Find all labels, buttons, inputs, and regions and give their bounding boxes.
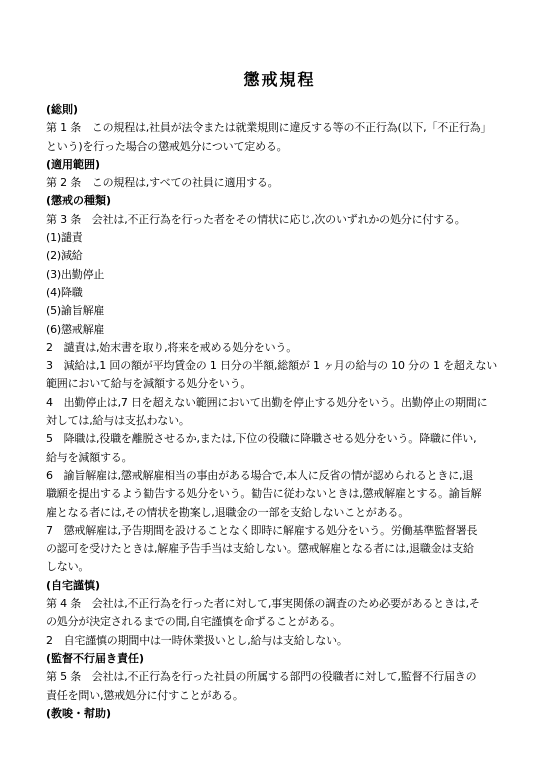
document-line: 6 諭旨解雇は,懲戒解雇相当の事由がある場合で,本人に反省の情が認められるときに… [46, 467, 519, 485]
document-line: の認可を受けたときは,解雇予告手当は支給しない。懲戒解雇となる者には,退職金は支… [46, 540, 519, 558]
document-line: 第 2 条 この規程は,すべての社員に適用する。 [46, 174, 519, 192]
document-line: 2 自宅謹慎の期間中は一時休業扱いとし,給与は支給しない。 [46, 632, 519, 650]
document-body: (総則)第 1 条 この規程は,社員が法令または就業規則に違反する等の不正行為(… [0, 101, 559, 723]
section-heading: (教唆・幇助) [46, 705, 519, 723]
document-line: 5 降職は,役職を離脱させるか,または,下位の役職に降職させる処分をいう。降職に… [46, 430, 519, 448]
document-line: (4)降職 [46, 284, 519, 302]
document-line: という)を行った場合の懲戒処分について定める。 [46, 138, 519, 156]
document-line: 第 5 条 会社は,不正行為を行った社員の所属する部門の役職者に対して,監督不行… [46, 668, 519, 686]
document-line: 対しては,給与は支払わない。 [46, 412, 519, 430]
document-line: (5)諭旨解雇 [46, 302, 519, 320]
section-heading: (総則) [46, 101, 519, 119]
document-line: 職願を提出するよう勧告する処分をいう。勧告に従わないときは,懲戒解雇とする。諭旨… [46, 485, 519, 503]
document-line: (3)出勤停止 [46, 266, 519, 284]
document-line: の処分が決定されるまでの間,自宅謹慎を命ずることがある。 [46, 613, 519, 631]
document-line: 7 懲戒解雇は,予告期間を設けることなく即時に解雇する処分をいう。労働基準監督署… [46, 522, 519, 540]
document-line: しない。 [46, 558, 519, 576]
document-line: 第 3 条 会社は,不正行為を行った者をその情状に応じ,次のいずれかの処分に付す… [46, 211, 519, 229]
document-line: (6)懲戒解雇 [46, 321, 519, 339]
document-line: 第 1 条 この規程は,社員が法令または就業規則に違反する等の不正行為(以下,「… [46, 119, 519, 137]
section-heading: (監督不行届き責任) [46, 650, 519, 668]
document-line: 範囲において給与を減額する処分をいう。 [46, 375, 519, 393]
document-line: (2)減給 [46, 247, 519, 265]
document-line: 3 減給は,1 回の額が平均賃金の 1 日分の半額,総額が 1 ヶ月の給与の 1… [46, 357, 519, 375]
document-title: 懲戒規程 [0, 0, 559, 90]
document-line: 2 譴責は,始末書を取り,将来を戒める処分をいう。 [46, 339, 519, 357]
document-line: 4 出勤停止は,7 日を超えない範囲において出勤を停止する処分をいう。出勤停止の… [46, 394, 519, 412]
section-heading: (適用範囲) [46, 156, 519, 174]
document-line: (1)譴責 [46, 229, 519, 247]
document-line: 給与を減額する。 [46, 449, 519, 467]
document-line: 責任を問い,懲戒処分に付すことがある。 [46, 687, 519, 705]
document-line: 第 4 条 会社は,不正行為を行った者に対して,事実関係の調査のため必要があると… [46, 595, 519, 613]
document-line: 雇となる者には,その情状を勘案し,退職金の一部を支給しないことがある。 [46, 504, 519, 522]
section-heading: (自宅謹慎) [46, 577, 519, 595]
document-page: 懲戒規程 (総則)第 1 条 この規程は,社員が法令または就業規則に違反する等の… [0, 0, 559, 783]
section-heading: (懲戒の種類) [46, 192, 519, 210]
